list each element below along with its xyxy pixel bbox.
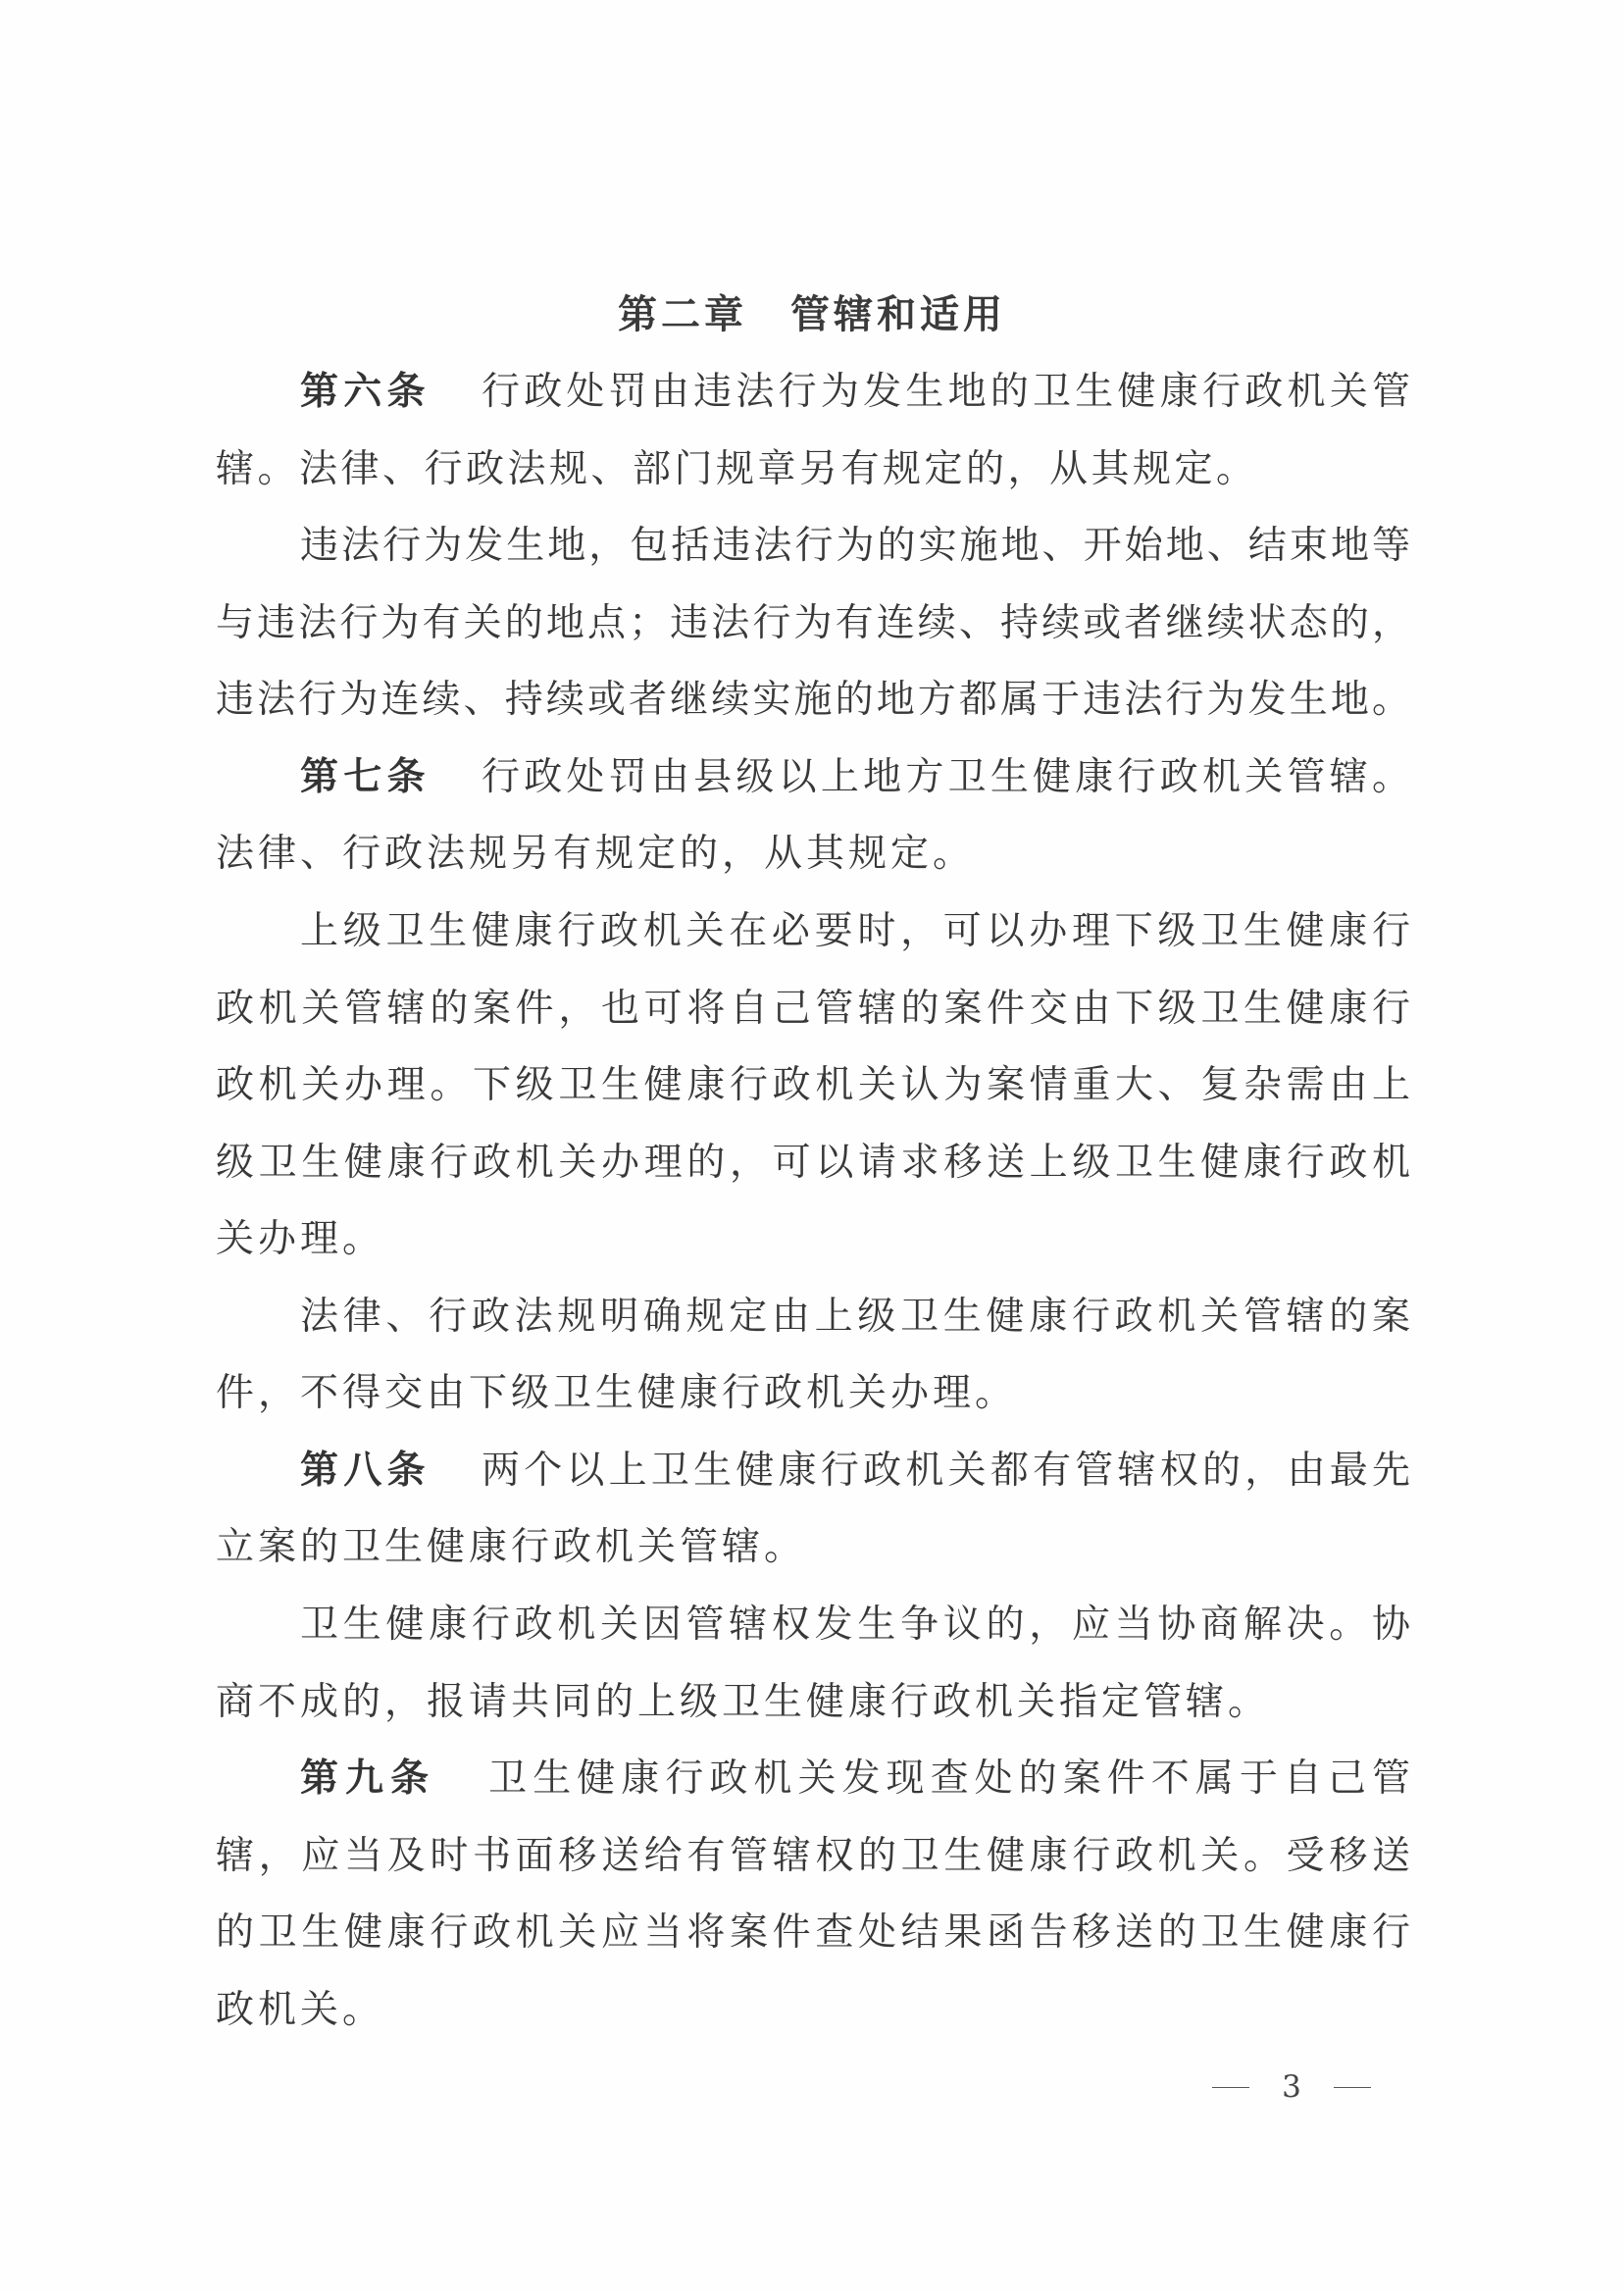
article-9-line-1: 第九条卫生健康行政机关发现查处的案件不属于自己管 (216, 1755, 1410, 1832)
text-line: 级卫生健康行政机关办理的，可以请求移送上级卫生健康行政机 (216, 1139, 1410, 1216)
text-line: 行政处罚由县级以上地方卫生健康行政机关管辖。 (478, 755, 1410, 799)
dash-right (1334, 2087, 1371, 2088)
text-line: 辖，应当及时书面移送给有管辖权的卫生健康行政机关。受移送 (216, 1832, 1410, 1909)
article-label: 第六条 (300, 370, 431, 414)
page-number: 3 (1212, 2065, 1371, 2109)
text-line: 关办理。 (216, 1215, 1410, 1293)
article-8-line-1: 第八条两个以上卫生健康行政机关都有管辖权的，由最先 (216, 1447, 1410, 1524)
article-label: 第九条 (300, 1756, 435, 1801)
dash-left (1212, 2087, 1249, 2088)
article-label: 第八条 (300, 1449, 431, 1493)
text-line: 的卫生健康行政机关应当将案件查处结果函告移送的卫生健康行 (216, 1909, 1410, 1986)
article-7-line-1: 第七条行政处罚由县级以上地方卫生健康行政机关管辖。 (216, 753, 1410, 831)
text-line: 卫生健康行政机关发现查处的案件不属于自己管 (482, 1756, 1410, 1801)
document-page: 第二章 管辖和适用 第六条行政处罚由违法行为发生地的卫生健康行政机关管 辖。法律… (0, 0, 1624, 2291)
text-line: 商不成的，报请共同的上级卫生健康行政机关指定管辖。 (216, 1678, 1410, 1756)
document-body: 第六条行政处罚由违法行为发生地的卫生健康行政机关管 辖。法律、行政法规、部门规章… (216, 368, 1410, 2062)
article-6-line-1: 第六条行政处罚由违法行为发生地的卫生健康行政机关管 (216, 368, 1410, 445)
text-line: 政机关管辖的案件，也可将自己管辖的案件交由下级卫生健康行 (216, 985, 1410, 1062)
text-line: 法律、行政法规明确规定由上级卫生健康行政机关管辖的案 (216, 1293, 1410, 1370)
text-line: 行政处罚由违法行为发生地的卫生健康行政机关管 (478, 370, 1410, 414)
article-label: 第七条 (300, 755, 431, 799)
text-line: 政机关。 (216, 1986, 1410, 2063)
text-line: 件，不得交由下级卫生健康行政机关办理。 (216, 1369, 1410, 1447)
text-line: 政机关办理。下级卫生健康行政机关认为案情重大、复杂需由上 (216, 1061, 1410, 1139)
page-number-value: 3 (1282, 2069, 1301, 2105)
text-line: 违法行为连续、持续或者继续实施的地方都属于违法行为发生地。 (216, 676, 1410, 753)
text-line: 两个以上卫生健康行政机关都有管辖权的，由最先 (478, 1449, 1410, 1493)
text-line: 与违法行为有关的地点；违法行为有连续、持续或者继续状态的， (216, 599, 1410, 677)
text-line: 辖。法律、行政法规、部门规章另有规定的，从其规定。 (216, 445, 1410, 523)
text-line: 法律、行政法规另有规定的，从其规定。 (216, 830, 1410, 907)
text-line: 卫生健康行政机关因管辖权发生争议的，应当协商解决。协 (216, 1601, 1410, 1678)
text-line: 违法行为发生地，包括违法行为的实施地、开始地、结束地等 (216, 522, 1410, 599)
text-line: 立案的卫生健康行政机关管辖。 (216, 1523, 1410, 1601)
text-line: 上级卫生健康行政机关在必要时，可以办理下级卫生健康行 (216, 907, 1410, 985)
chapter-title: 第二章 管辖和适用 (0, 290, 1624, 339)
